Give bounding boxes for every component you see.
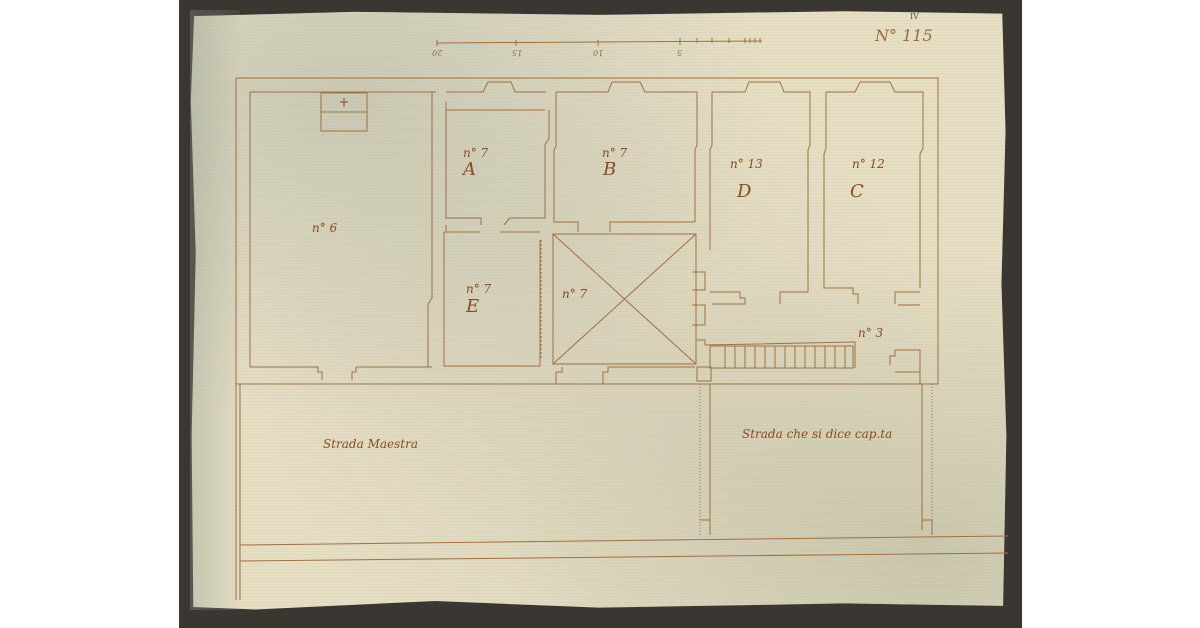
- room-e-number: n° 7: [466, 283, 491, 295]
- room-c-walls: [824, 82, 923, 304]
- room-c-letter: C: [850, 183, 864, 201]
- floor-plan-drawing: [0, 0, 1200, 628]
- room-d-number: n° 13: [730, 158, 763, 170]
- outer-walls: [236, 78, 938, 384]
- street-label-strada-maestra: Strada Maestra: [323, 438, 418, 450]
- room-b-letter: B: [603, 161, 616, 179]
- room-a-number: n° 7: [463, 147, 488, 159]
- scale-bar: [437, 38, 762, 46]
- street-label-strada-che-si-dice: Strada che si dice cap.ta: [742, 428, 892, 440]
- room-d-letter: D: [737, 183, 751, 201]
- scale-label-10: 10: [593, 48, 603, 56]
- scale-label-15: 15: [512, 48, 522, 56]
- room-d-walls: [710, 82, 810, 304]
- scale-label-20: 20: [432, 48, 442, 56]
- scale-label-5: 5: [677, 48, 682, 56]
- staircase: [692, 272, 920, 384]
- sheet-number: N° 115: [875, 28, 933, 44]
- room-e-walls: [444, 232, 540, 366]
- courtyard-number: n° 7: [562, 288, 587, 300]
- lower-wall-stubs: [556, 367, 711, 384]
- room-b-number: n° 7: [602, 147, 627, 159]
- room-e-letter: E: [466, 298, 479, 316]
- room-6-number: n° 6: [312, 222, 337, 234]
- room-a-letter: A: [463, 161, 476, 179]
- room-6-walls: [321, 92, 432, 367]
- room-c-number: n° 12: [852, 158, 885, 170]
- room-a-walls: [446, 82, 549, 232]
- cross-icon: [340, 98, 348, 107]
- stair-number: n° 3: [858, 327, 883, 339]
- street-boundaries: [236, 384, 1008, 600]
- roman-numeral: IV: [910, 13, 919, 21]
